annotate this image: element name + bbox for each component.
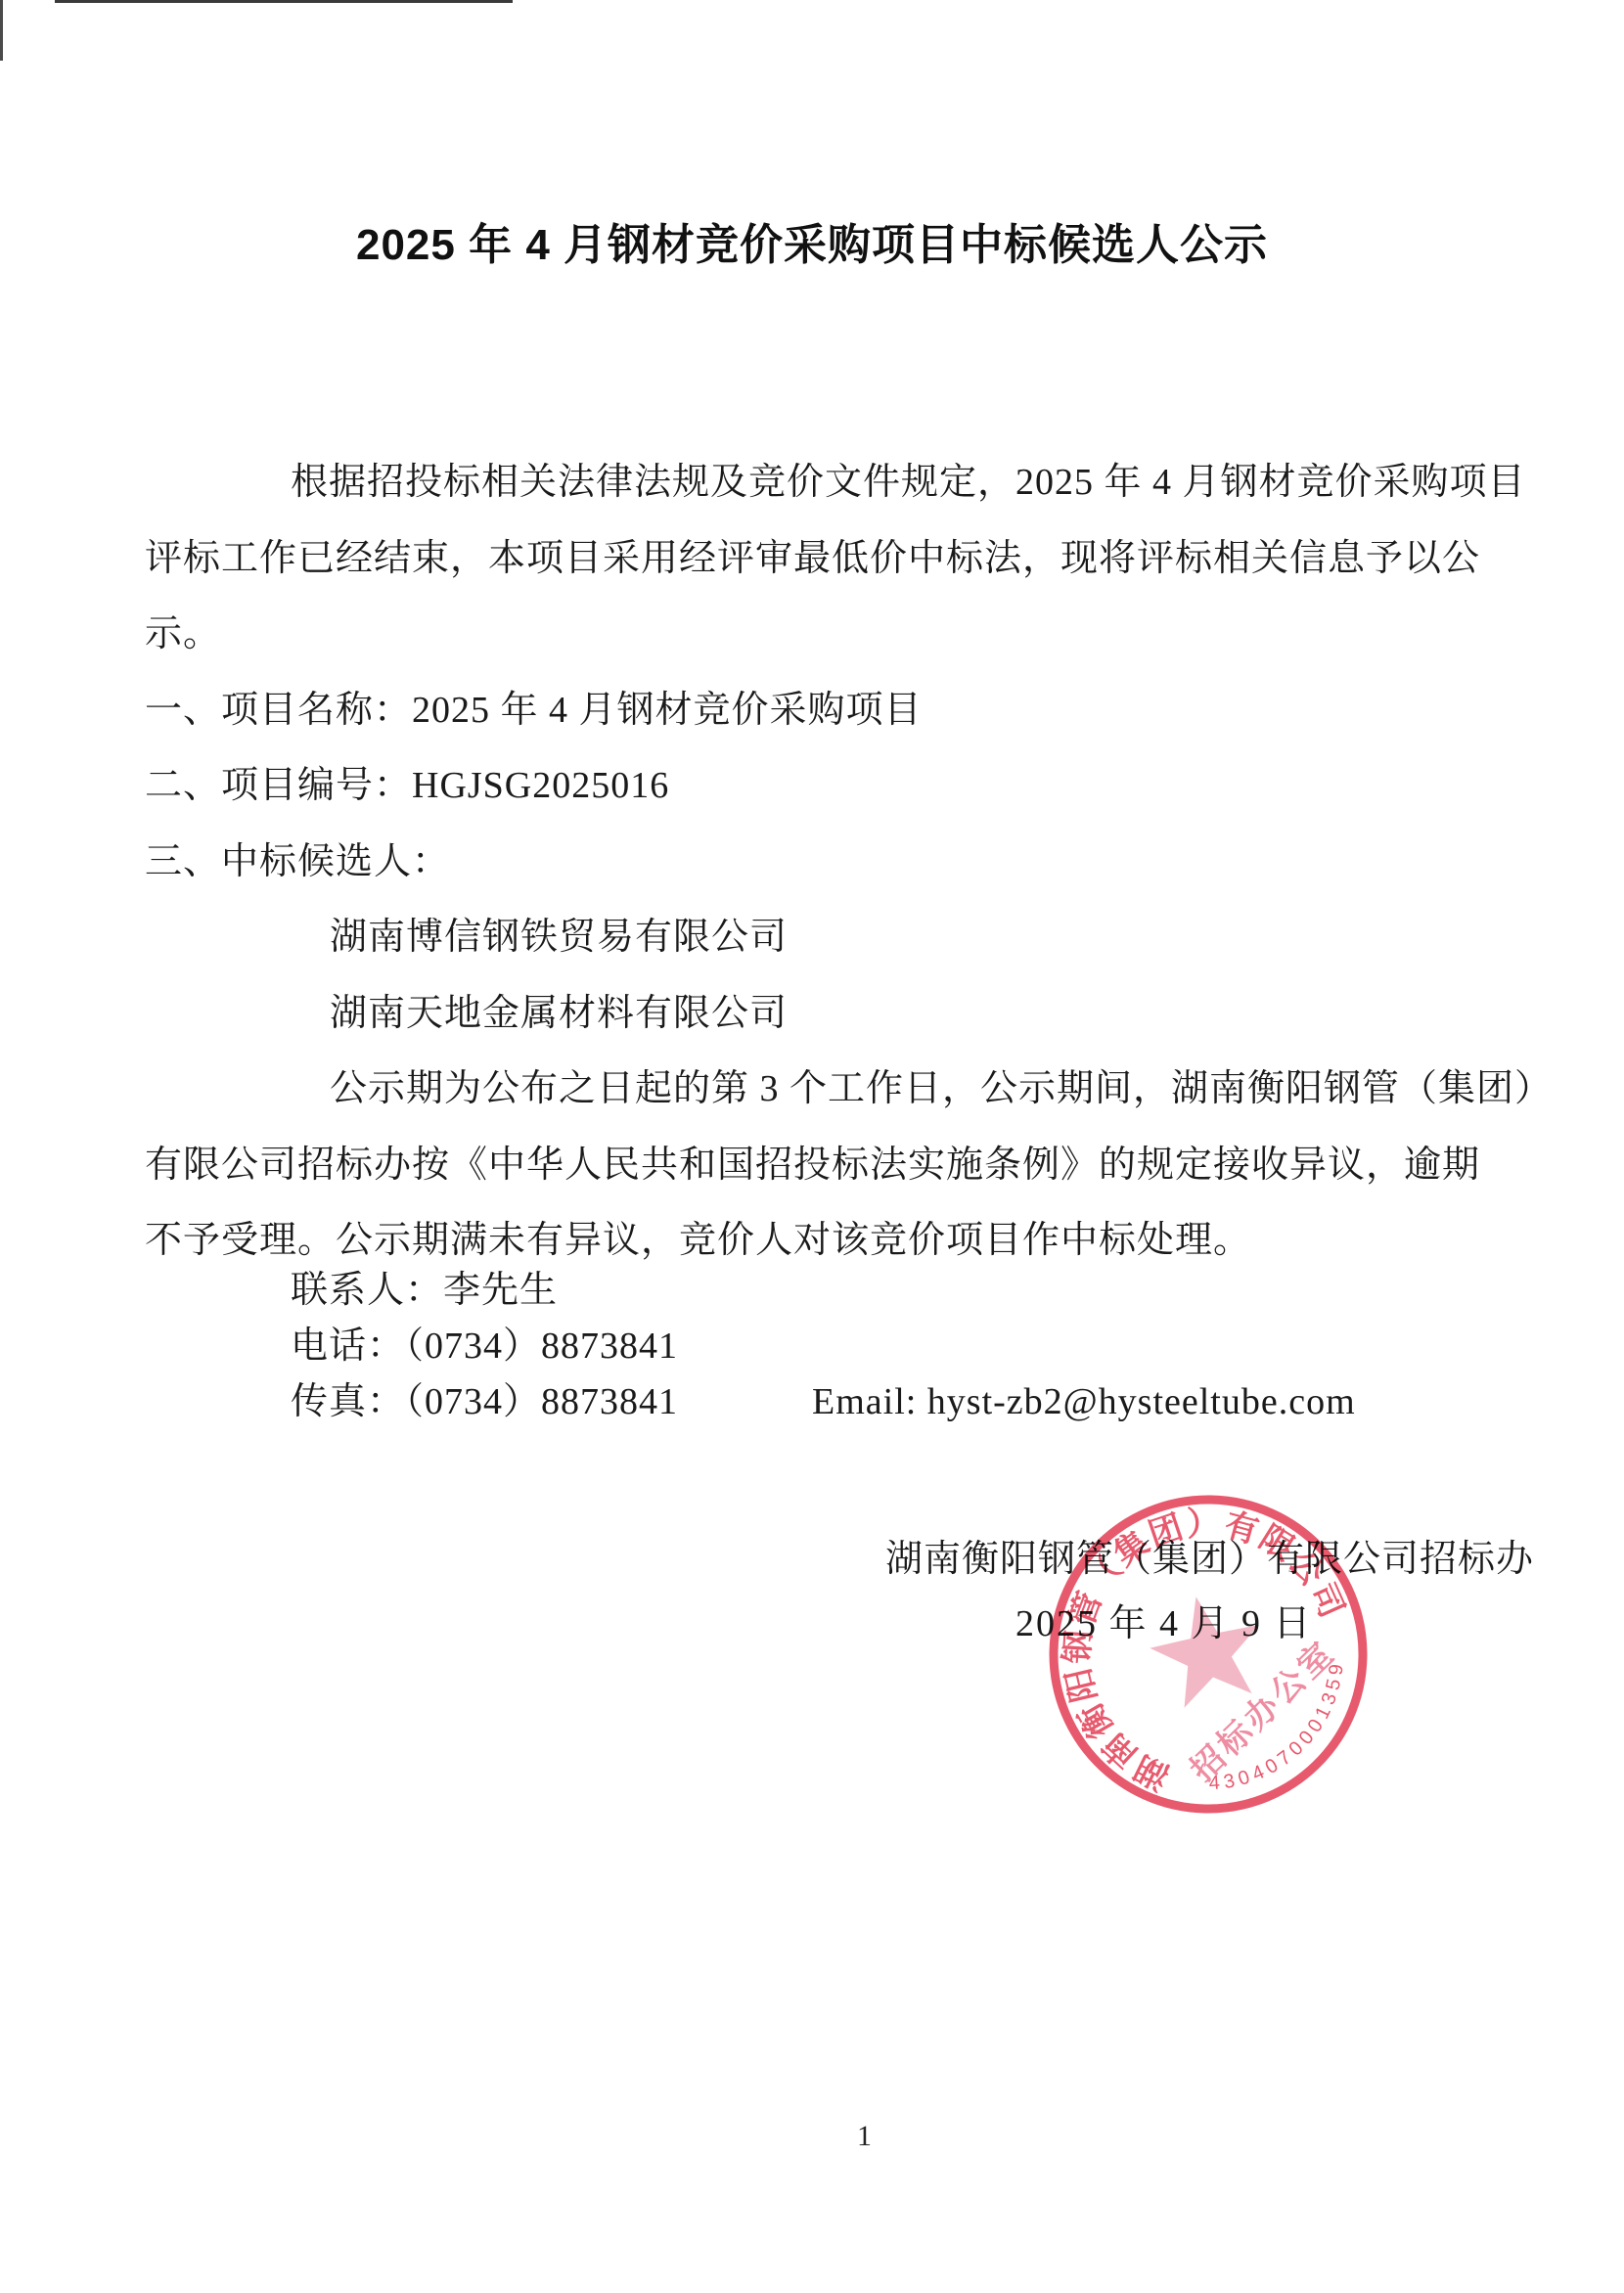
candidate-1: 湖南博信钢铁贸易有限公司 — [145, 900, 1495, 976]
candidate-2: 湖南天地金属材料有限公司 — [145, 976, 1495, 1053]
document-body: 根据招投标相关法律法规及竞价文件规定，2025 年 4 月钢材竞价采购项目 评标… — [145, 445, 1495, 1280]
intro-line-3: 示。 — [145, 597, 1495, 673]
notice-line-1: 公示期为公布之日起的第 3 个工作日，公示期间，湖南衡阳钢管（集团） — [145, 1052, 1495, 1128]
document-page: 2025 年 4 月钢材竞价采购项目中标候选人公示 根据招投标相关法律法规及竞价… — [0, 0, 1624, 2293]
item-project-number: 二、项目编号：HGJSG2025016 — [145, 748, 1495, 825]
seal-star-icon — [1142, 1585, 1273, 1712]
contact-block: 联系人：李先生 电话：（0734）8873841 传真：（0734）887384… — [291, 1263, 1504, 1430]
scan-artifact-corner — [0, 0, 3, 61]
item-candidates-heading: 三、中标候选人： — [145, 825, 1495, 901]
notice-line-2: 有限公司招标办按《中华人民共和国招投标法实施条例》的规定接收异议，逾期 — [145, 1128, 1495, 1204]
intro-line-2: 评标工作已经结束，本项目采用经评审最低价中标法，现将评标相关信息予以公 — [145, 521, 1495, 598]
intro-line-1: 根据招投标相关法律法规及竞价文件规定，2025 年 4 月钢材竞价采购项目 — [145, 445, 1495, 521]
item-project-name: 一、项目名称：2025 年 4 月钢材竞价采购项目 — [145, 673, 1495, 749]
contact-person: 联系人：李先生 — [291, 1263, 1504, 1319]
page-number: 1 — [857, 2119, 872, 2154]
official-seal-stamp: 湖南衡阳钢管（集团）有限公司 招标办公室 4304070001359 — [1042, 1488, 1375, 1821]
page-title: 2025 年 4 月钢材竞价采购项目中标候选人公示 — [0, 216, 1624, 275]
contact-fax: 传真：（0734）8873841 — [291, 1381, 678, 1422]
contact-phone: 电话：（0734）8873841 — [291, 1319, 1504, 1374]
scan-artifact-top-edge — [55, 0, 513, 3]
contact-fax-line: 传真：（0734）8873841 Email: hyst-zb2@hysteel… — [291, 1374, 1504, 1430]
contact-email: Email: hyst-zb2@hysteeltube.com — [812, 1374, 1356, 1430]
